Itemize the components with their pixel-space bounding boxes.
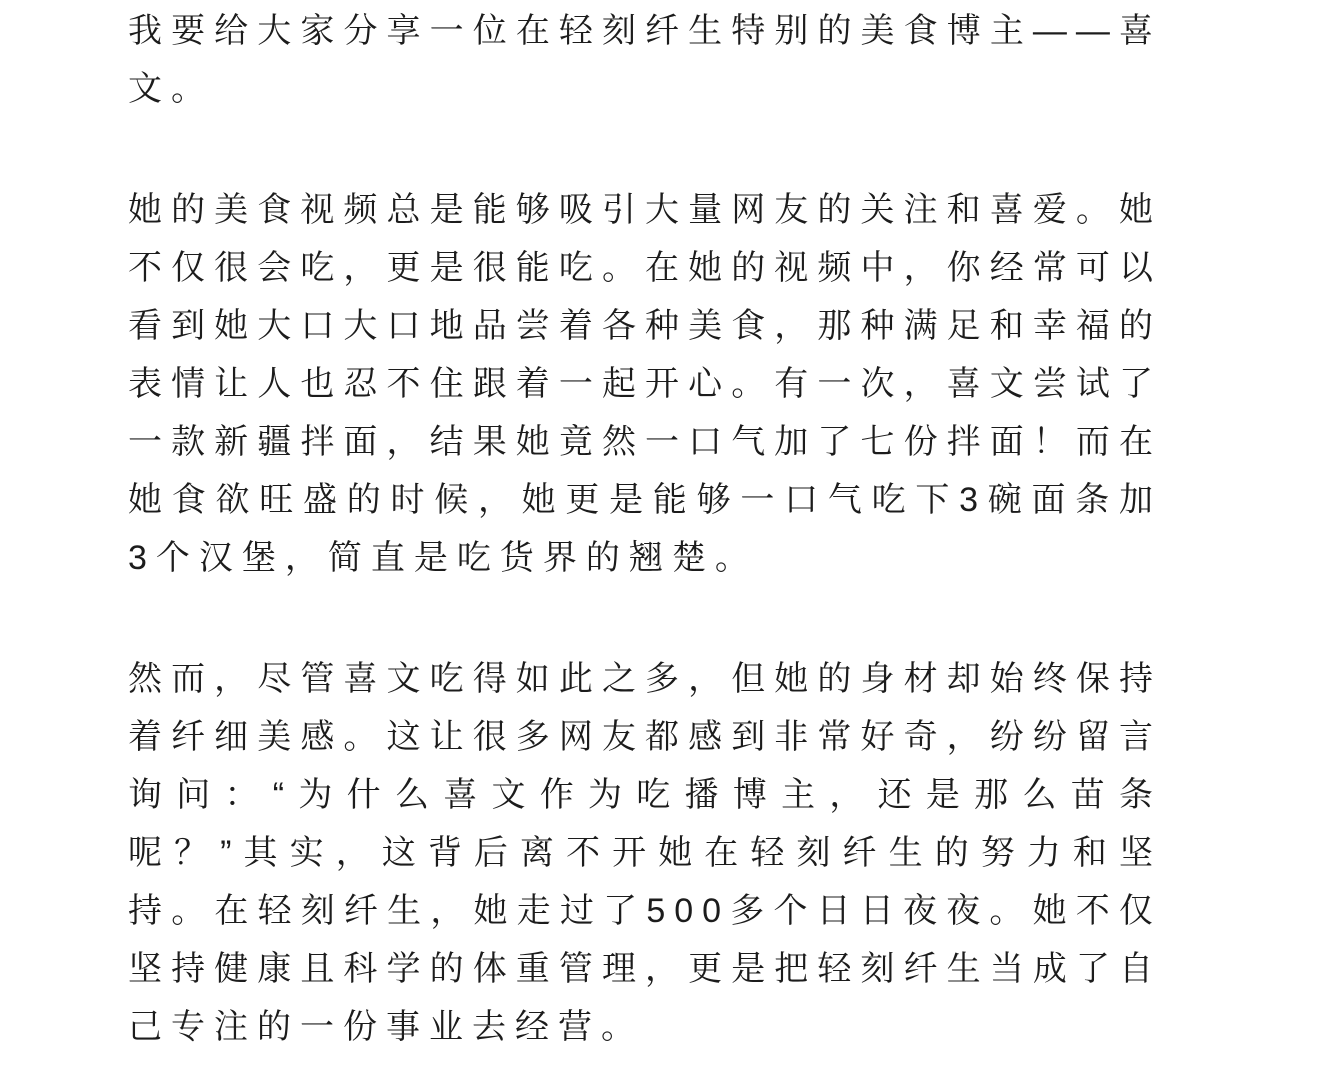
- document-text-body: 我要给大家分享一位在轻刻纤生特别的美食博主——喜文。 她的美食视频总是能够吸引大…: [128, 2, 1162, 1056]
- paragraph-intro: 我要给大家分享一位在轻刻纤生特别的美食博主——喜文。: [128, 2, 1162, 118]
- paragraph-eating-videos: 她的美食视频总是能够吸引大量网友的关注和喜爱。她不仅很会吃，更是很能吃。在她的视…: [128, 181, 1162, 587]
- document-page: 我要给大家分享一位在轻刻纤生特别的美食博主——喜文。 她的美食视频总是能够吸引大…: [0, 0, 1322, 1056]
- paragraph-staying-slim: 然而，尽管喜文吃得如此之多，但她的身材却始终保持着纤细美感。这让很多网友都感到非…: [128, 650, 1162, 1056]
